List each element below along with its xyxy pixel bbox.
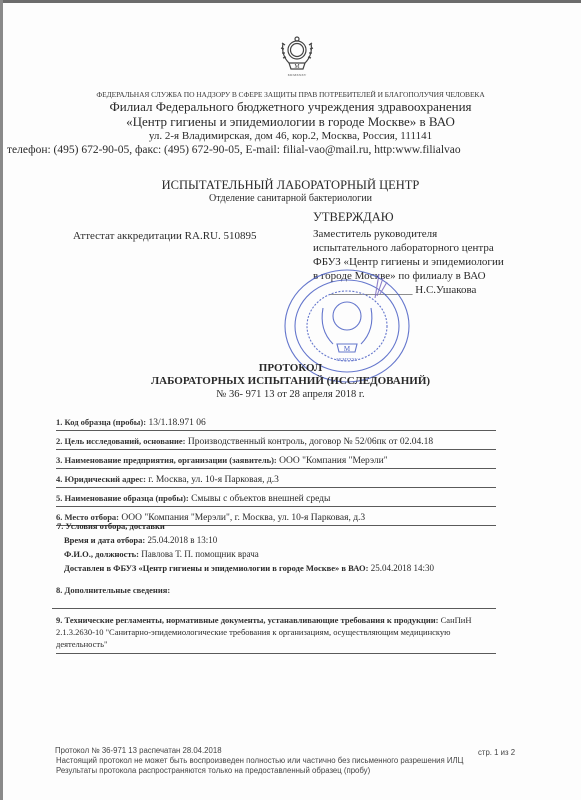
svg-text:M: M <box>344 345 351 353</box>
footer-printed: Протокол № 36-971 13 распечатан 28.04.20… <box>55 746 222 755</box>
emblem-icon: M MCMXXXV <box>277 33 317 79</box>
delivery-value: 25.04.2018 14:30 <box>368 563 434 573</box>
page-number: стр. 1 из 2 <box>478 748 515 757</box>
sampling-time-label: Время и дата отбора: <box>64 535 145 545</box>
field-label: 3. Наименование предприятия, организации… <box>56 455 277 465</box>
protocol-number: № 36- 971 13 от 28 апреля 2018 г. <box>0 389 581 400</box>
scan-edge-top <box>0 0 581 3</box>
field-label: 8. Дополнительные сведения: <box>56 585 170 595</box>
sampler-person: Ф.И.О., должность: Павлова Т. П. помощни… <box>64 549 259 559</box>
field-value: ООО "Компания "Мерэли" <box>277 456 388 466</box>
field-value: Производственный контроль, договор № 52/… <box>185 437 433 447</box>
field-organization: 3. Наименование предприятия, организации… <box>56 455 496 469</box>
approval-title: УТВЕРЖДАЮ <box>313 210 394 225</box>
org-name-line2: «Центр гигиены и эпидемиологии в городе … <box>0 114 581 130</box>
field-label: 1. Код образца (пробы): <box>56 417 146 427</box>
delivery-info: Доставлен в ФБУЗ «Центр гигиены и эпидем… <box>64 563 434 573</box>
approval-line: испытательного лабораторного центра <box>313 241 494 256</box>
divider <box>52 608 496 609</box>
svg-text:M: M <box>294 64 300 70</box>
field-sample-code: 1. Код образца (пробы): 13/1.18.971 06 <box>56 417 496 431</box>
field-label: 2. Цель исследований, основание: <box>56 436 185 446</box>
sampling-time-value: 25.04.2018 в 13:10 <box>145 535 217 545</box>
field-legal-address: 4. Юридический адрес: г. Москва, ул. 10-… <box>56 474 496 488</box>
lab-department: Отделение санитарной бактериологии <box>0 193 581 204</box>
org-name-line1: Филиал Федерального бюджетного учреждени… <box>0 99 581 115</box>
svg-text:MCMXXXV: MCMXXXV <box>288 73 307 77</box>
protocol-title: ПРОТОКОЛ <box>0 362 581 374</box>
delivery-label: Доставлен в ФБУЗ «Центр гигиены и эпидем… <box>64 563 368 573</box>
org-contacts: телефон: (495) 672-90-05, факс: (495) 67… <box>7 144 461 156</box>
sampling-time: Время и дата отбора: 25.04.2018 в 13:10 <box>64 535 217 545</box>
footer-notice-reproduction: Настоящий протокол не может быть воспрои… <box>56 756 463 765</box>
approval-line: Заместитель руководителя <box>313 227 437 242</box>
lab-title: ИСПЫТАТЕЛЬНЫЙ ЛАБОРАТОРНЫЙ ЦЕНТР <box>0 178 581 193</box>
field-label: 9. Технические регламенты, нормативные д… <box>56 615 439 625</box>
org-address: ул. 2-я Владимирская, дом 46, кор.2, Мос… <box>0 130 581 142</box>
field-value: г. Москва, ул. 10-я Парковая, д.3 <box>146 475 279 485</box>
field-value: Смывы с объектов внешней среды <box>189 494 331 504</box>
field-regulations: 9. Технические регламенты, нормативные д… <box>56 614 496 654</box>
agency-name: ФЕДЕРАЛЬНАЯ СЛУЖБА ПО НАДЗОРУ В СФЕРЕ ЗА… <box>0 90 581 99</box>
field-purpose: 2. Цель исследований, основание: Произво… <box>56 436 496 450</box>
sampler-person-value: Павлова Т. П. помощник врача <box>139 549 259 559</box>
field-value: 13/1.18.971 06 <box>146 418 206 428</box>
field-label: 4. Юридический адрес: <box>56 474 146 484</box>
protocol-subtitle: ЛАБОРАТОРНЫХ ИСПЫТАНИЙ (ИССЛЕДОВАНИЙ) <box>0 375 581 387</box>
section7-title: 7. Условия отбора, доставки <box>57 521 165 531</box>
field-sample-name: 5. Наименование образца (пробы): Смывы с… <box>56 493 496 507</box>
accreditation: Аттестат аккредитации RA.RU. 510895 <box>73 230 256 242</box>
footer-notice-results: Результаты протокола распространяются то… <box>56 766 370 775</box>
section7-label: 7. Условия отбора, доставки <box>57 521 165 531</box>
field-label: 5. Наименование образца (пробы): <box>56 493 189 503</box>
sampler-person-label: Ф.И.О., должность: <box>64 549 139 559</box>
field-additional-info: 8. Дополнительные сведения: <box>56 585 496 597</box>
